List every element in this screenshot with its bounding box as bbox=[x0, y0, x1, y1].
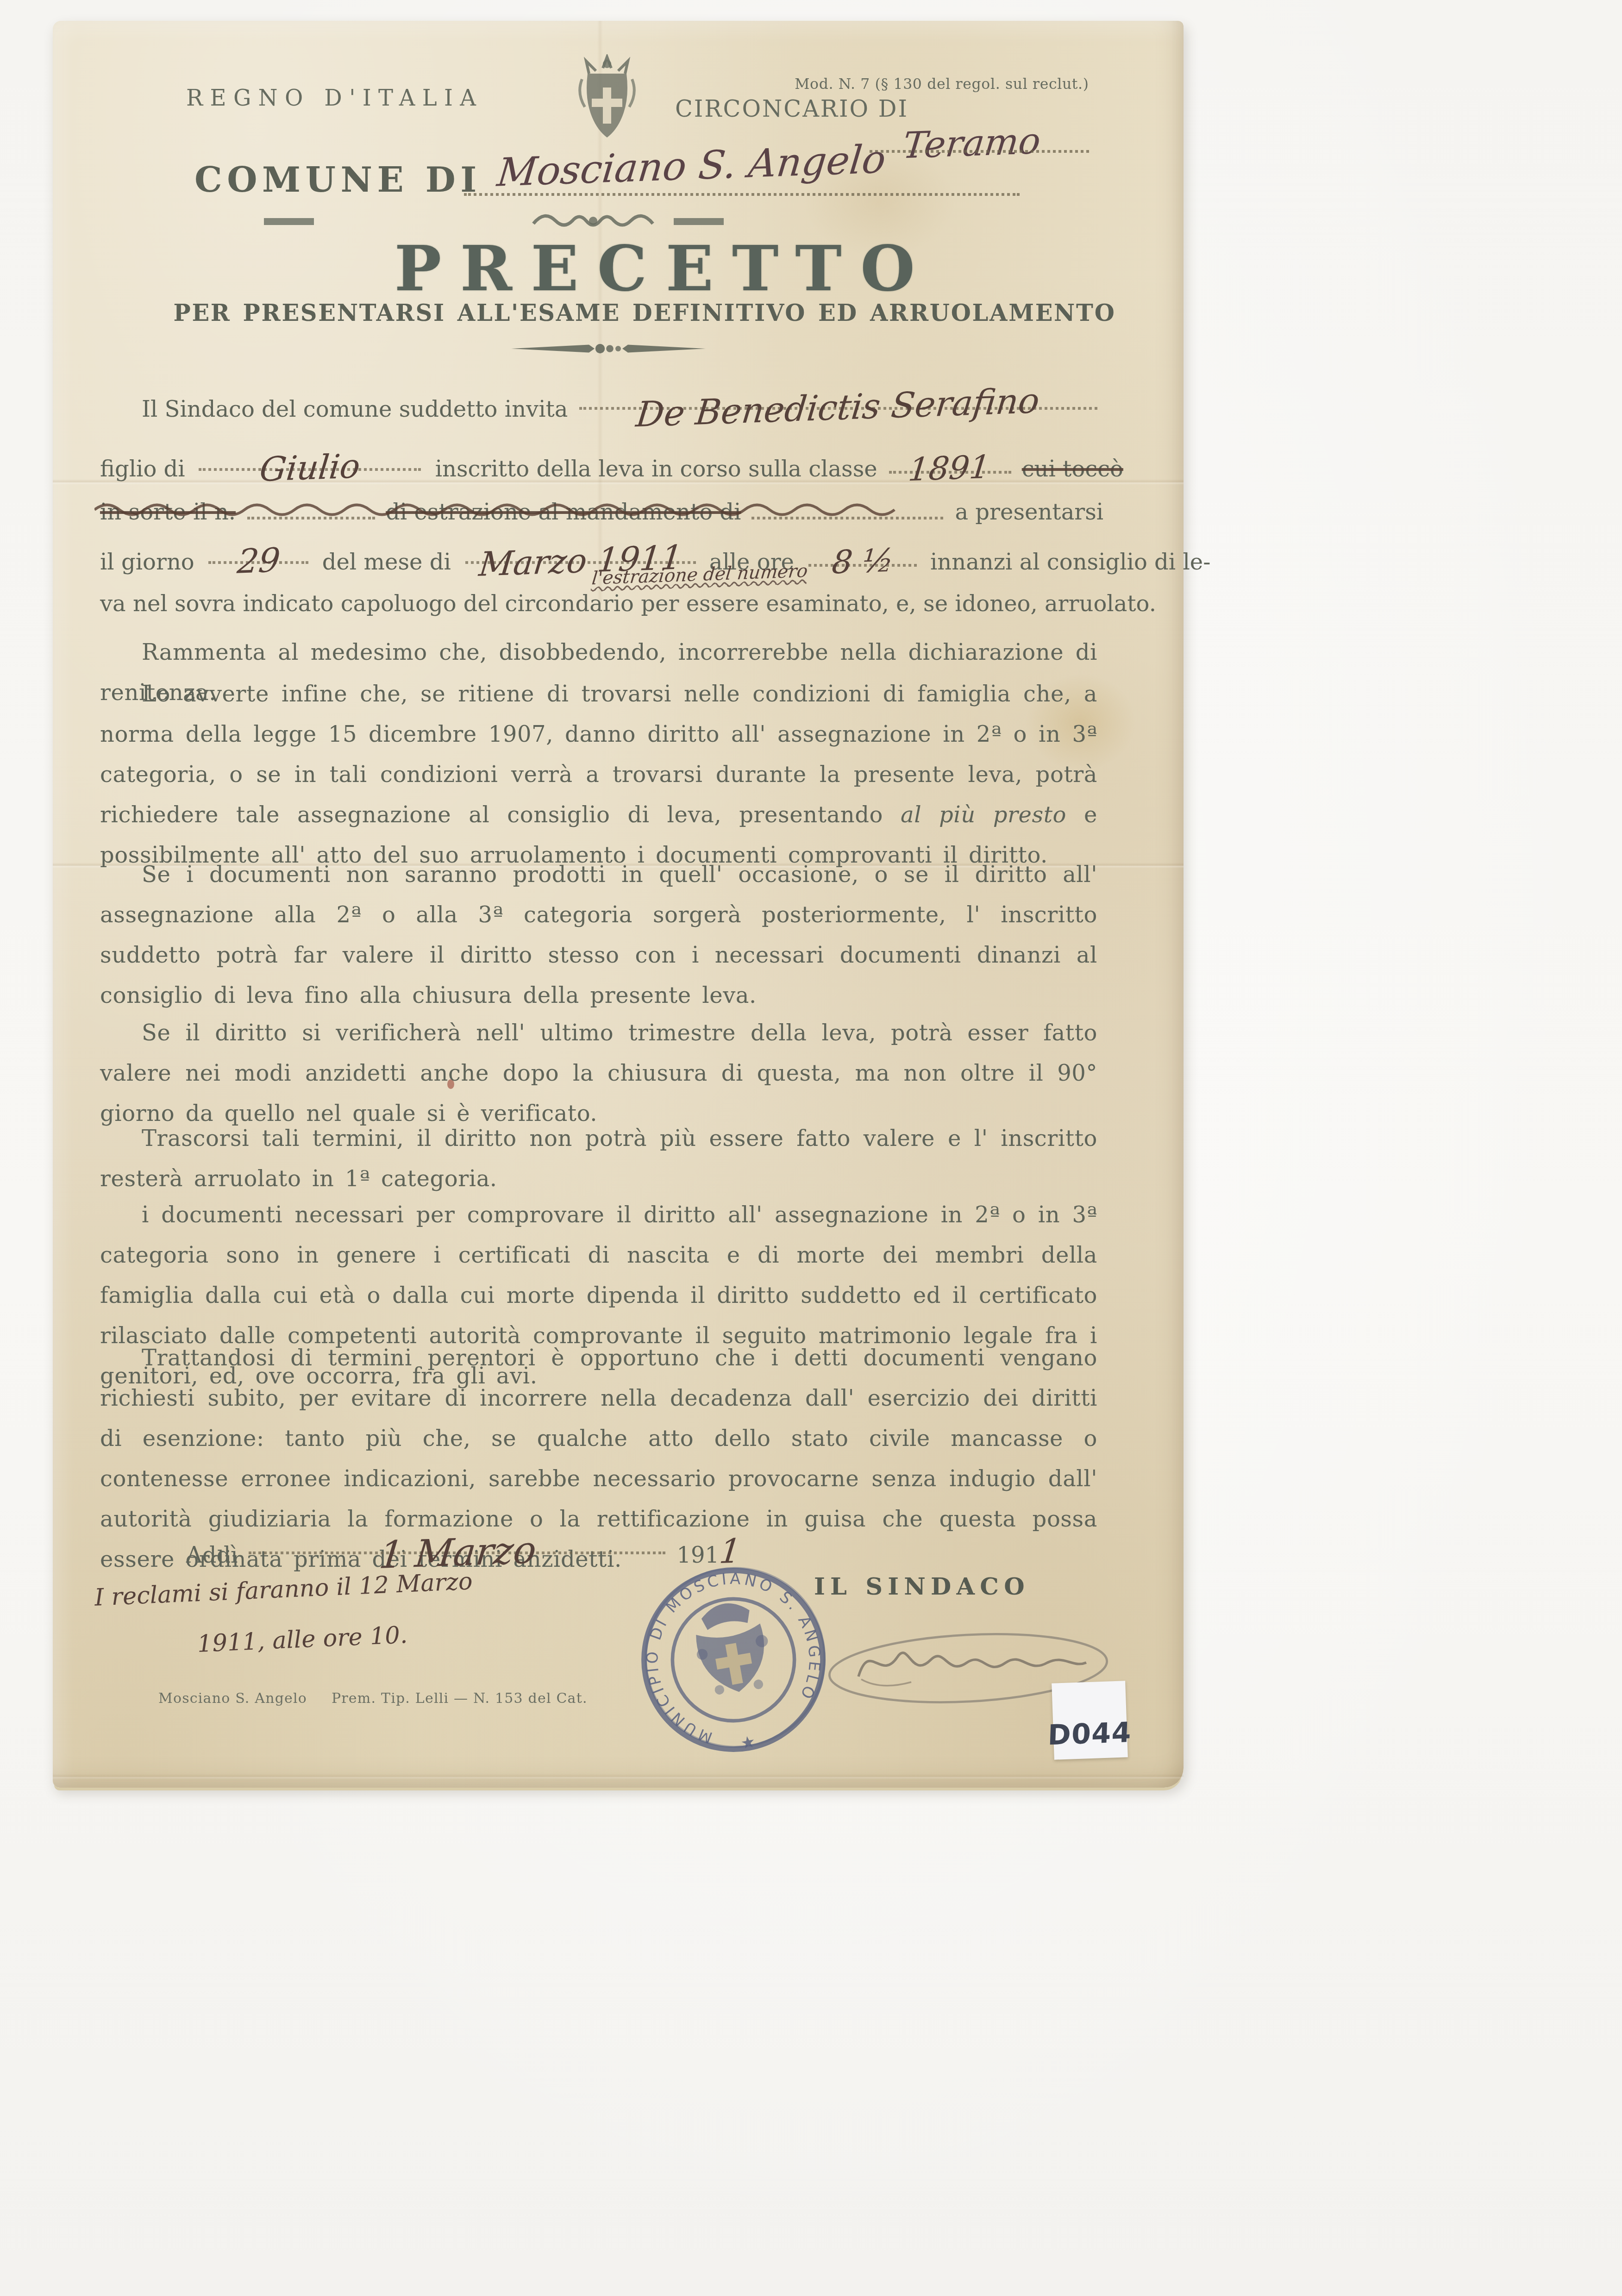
numero-blank bbox=[247, 494, 375, 519]
figlio-blank: Giulio bbox=[199, 446, 421, 471]
paragraph-trascorsi: Trascorsi tali termini, il diritto non p… bbox=[100, 1118, 1097, 1199]
struck-in-sorte: in sorte il n. bbox=[100, 499, 236, 525]
mese-blank: Marzo 1911 bbox=[465, 539, 695, 564]
stamp-center-crest bbox=[689, 1597, 776, 1699]
form-model-note: Mod. N. 7 (§ 130 del regol. sul reclut.) bbox=[761, 76, 1122, 93]
paragraph-ultimo-trimestre: Se il diritto si verificherà nell' ultim… bbox=[100, 1013, 1097, 1133]
consiglio-label: innanzi al consiglio di le- bbox=[930, 549, 1210, 575]
figlio-label: figlio di bbox=[100, 456, 185, 482]
mayor-heading: IL SINDACO bbox=[814, 1574, 1030, 1602]
ore-blank: 8 ½ bbox=[808, 542, 916, 567]
printer-details: Prem. Tip. Lelli — N. 153 del Cat. bbox=[332, 1692, 588, 1707]
district-value: Teramo bbox=[901, 121, 1042, 168]
section-dash bbox=[264, 218, 314, 225]
field-father-name: Giulio bbox=[258, 447, 362, 489]
handwritten-note-line2: 1911, alle ore 10. bbox=[197, 1622, 408, 1659]
paragraph-documenti: Se i documenti non saranno prodotti in q… bbox=[100, 854, 1097, 1015]
paragraph-italic-phrase: al più presto bbox=[901, 801, 1066, 828]
presentarsi-label: a presentarsi bbox=[955, 499, 1103, 525]
capoluogo-post: essere esaminato, e, se idoneo, arruolat… bbox=[686, 590, 1156, 617]
classe-blank: 1891 bbox=[889, 449, 1011, 474]
addi-label: Addì bbox=[186, 1542, 238, 1568]
capoluogo-pre: va nel sovra indicato capoluogo del circ… bbox=[100, 590, 679, 617]
district-label: CIRCONCARIO DI bbox=[675, 96, 908, 122]
invita-label: Il Sindaco del comune suddetto invita bbox=[100, 396, 568, 422]
stamp-star: ★ bbox=[739, 1732, 757, 1753]
printer-place: Mosciano S. Angelo bbox=[158, 1692, 307, 1707]
document-paper: Mod. N. 7 (§ 130 del regol. sul reclut.)… bbox=[53, 21, 1184, 1788]
kingdom-heading: REGNO D'ITALIA bbox=[186, 85, 483, 111]
section-dash bbox=[674, 218, 724, 225]
invita-blank: De Benedictis Serafino bbox=[579, 385, 1097, 410]
form-line-estrazione: in sorte il n. di estrazione al mandamen… bbox=[100, 494, 1097, 525]
paragraph-assegnazione: Lo avverte infine che, se ritiene di tro… bbox=[100, 674, 1097, 875]
scanner-background: Mod. N. 7 (§ 130 del regol. sul reclut.)… bbox=[0, 0, 1622, 2296]
form-line-figlio: figlio di Giulio inscritto della leva in… bbox=[100, 446, 1097, 482]
mandamento-blank bbox=[752, 494, 944, 519]
classe-label: inscritto della leva in corso sulla clas… bbox=[435, 456, 877, 482]
archive-label-sticker: D044 bbox=[1052, 1681, 1128, 1759]
archive-label-text: D044 bbox=[1048, 1715, 1133, 1752]
giorno-label: il giorno bbox=[100, 549, 194, 575]
field-conscript-name: De Benedictis Serafino bbox=[634, 381, 1041, 435]
field-class-year: 1891 bbox=[907, 450, 992, 489]
struck-estrazione: di estrazione al mandamento di bbox=[386, 499, 741, 525]
mese-label: del mese di bbox=[322, 549, 451, 575]
district-blank-line bbox=[870, 150, 1089, 153]
field-day: 29 bbox=[235, 541, 281, 582]
fold-crease bbox=[53, 1774, 1184, 1779]
struck-cui-tocco: cui toccò bbox=[1022, 456, 1123, 482]
printer-imprint: Mosciano S. Angelo Prem. Tip. Lelli — N.… bbox=[158, 1692, 607, 1707]
calligraphic-flourish-icon bbox=[531, 213, 656, 232]
form-line-capoluogo: va nel sovra indicato capoluogo del circ… bbox=[100, 590, 1097, 617]
document-subtitle: PER PRESENTARSI ALL'ESAME DEFINITIVO ED … bbox=[158, 300, 1131, 326]
comune-blank-line bbox=[464, 193, 1020, 196]
field-hour: 8 ½ bbox=[830, 544, 895, 582]
divider-ornament-icon bbox=[511, 340, 706, 357]
comune-label: COMUNE DI bbox=[194, 160, 482, 200]
form-line-invita: Il Sindaco del comune suddetto invita De… bbox=[100, 385, 1097, 422]
date-blank: 1 Marzo bbox=[249, 1529, 665, 1554]
document-title: PRECETTO bbox=[219, 232, 1108, 306]
savoy-coat-of-arms-icon bbox=[575, 54, 639, 143]
giorno-blank: 29 bbox=[208, 539, 308, 564]
